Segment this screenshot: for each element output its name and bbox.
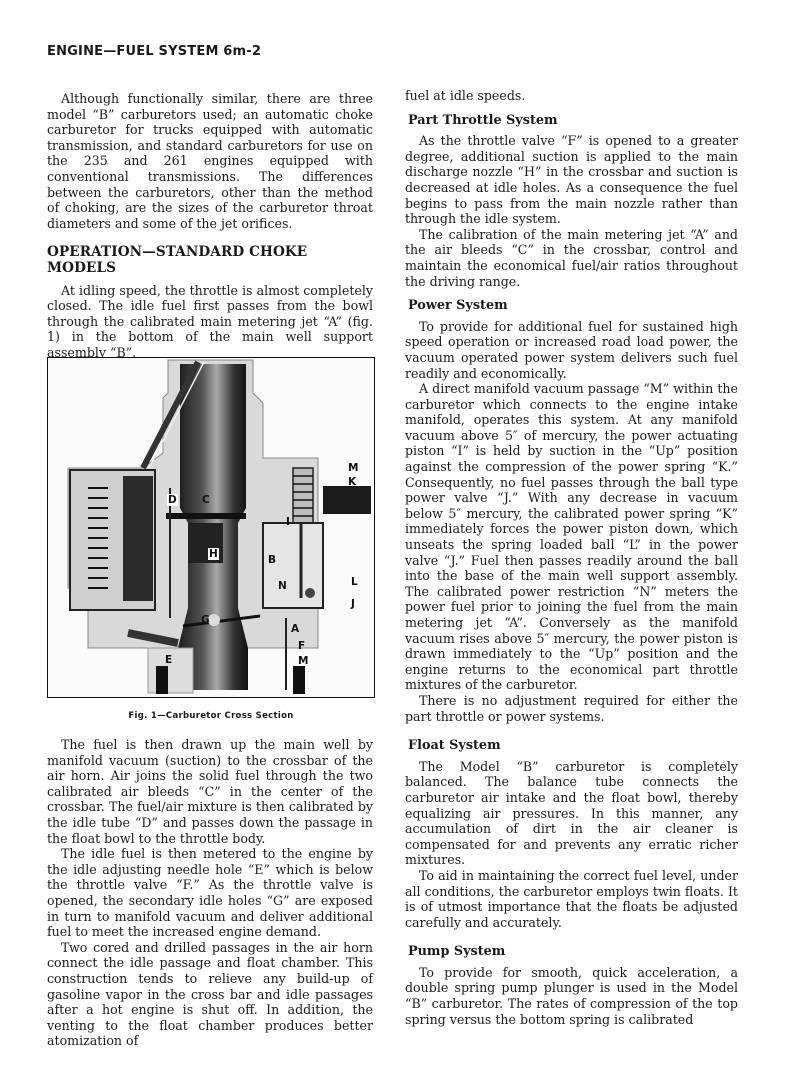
section-title-part-throttle: Part Throttle System: [408, 113, 738, 129]
carburetor-diagram-icon: [48, 358, 374, 697]
power-paragraph-1: To provide for additional fuel for susta…: [405, 319, 738, 381]
part-throttle-paragraph-2: The calibration of the main metering jet…: [405, 227, 738, 289]
pump-paragraph-1: To provide for smooth, quick acceleratio…: [405, 965, 738, 1027]
idle-paragraph: At idling speed, the throttle is almost …: [47, 283, 373, 361]
figure-label-e: E: [165, 654, 172, 666]
float-paragraph-1: The Model “B” carburetor is completely b…: [405, 759, 738, 868]
power-paragraph-2: A direct manifold vacuum passage “M” wit…: [405, 381, 738, 693]
paragraph-cored-passages: Two cored and drilled passages in the ai…: [47, 940, 373, 1049]
figure-label-i: I: [286, 516, 290, 528]
figure-label-c: C: [202, 494, 210, 506]
figure-label-h: H: [208, 548, 219, 560]
float-paragraph-2: To aid in maintaining the correct fuel l…: [405, 868, 738, 930]
figure-caption: Fig. 1—Carburetor Cross Section: [47, 711, 375, 721]
figure-label-l: L: [351, 576, 358, 588]
paragraph-idle-metering: The idle fuel is then metered to the eng…: [47, 846, 373, 940]
figure-label-k: K: [348, 476, 356, 488]
section-title-power: Power System: [408, 298, 738, 314]
figure-label-d: D: [167, 494, 178, 506]
power-paragraph-3: There is no adjustment required for eith…: [405, 693, 738, 724]
section-title-standard-choke: OPERATION—STANDARD CHOKE MODELS: [47, 245, 373, 276]
intro-paragraph: Although functionally similar, there are…: [47, 91, 373, 231]
carburetor-cross-section-illustration: D C H M K I B N L J A G F E M: [47, 357, 375, 698]
left-column-bottom: The fuel is then drawn up the main well …: [47, 737, 373, 1049]
figure-label-m-bottom: M: [298, 655, 308, 667]
page-header: ENGINE—FUEL SYSTEM 6m-2: [47, 44, 261, 59]
figure-label-j: J: [351, 598, 355, 610]
figure-1: D C H M K I B N L J A G F E M: [47, 357, 375, 698]
figure-label-m-top: M: [348, 462, 358, 474]
figure-label-g: G: [201, 614, 210, 626]
figure-label-f: F: [298, 640, 305, 652]
figure-label-a: A: [291, 623, 299, 635]
section-title-float: Float System: [408, 738, 738, 754]
continuation-text: fuel at idle speeds.: [405, 88, 738, 104]
left-column-top: Although functionally similar, there are…: [47, 91, 373, 361]
section-title-pump: Pump System: [408, 944, 738, 960]
paragraph-main-well: The fuel is then drawn up the main well …: [47, 737, 373, 846]
part-throttle-paragraph-1: As the throttle valve “F” is opened to a…: [405, 133, 738, 227]
figure-label-n: N: [278, 580, 287, 592]
right-column: fuel at idle speeds. Part Throttle Syste…: [405, 88, 738, 1027]
figure-label-b: B: [268, 554, 276, 566]
